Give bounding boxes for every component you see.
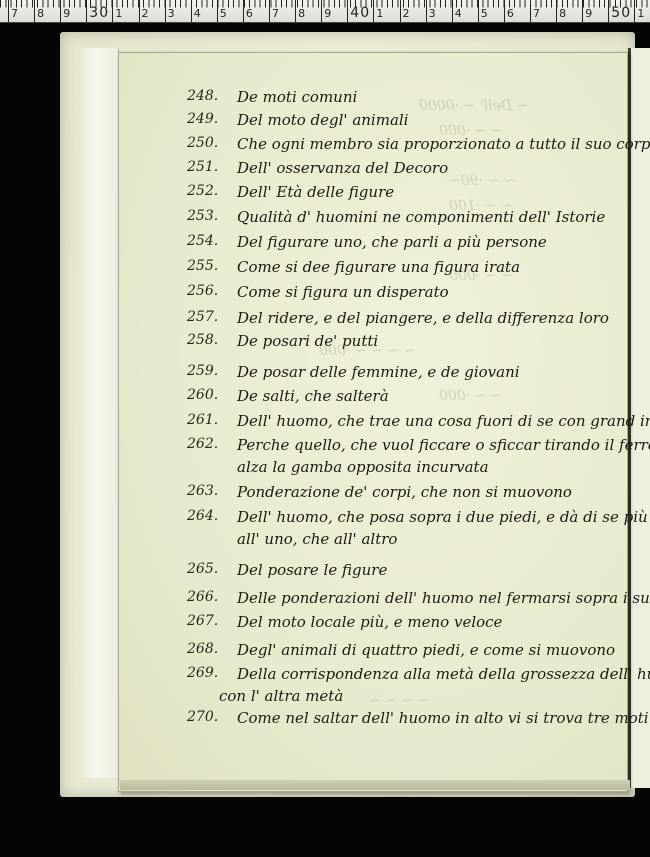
entry-number: 253.	[187, 208, 218, 224]
entry-title: Degl' animali di quattro piedi, e come s…	[237, 641, 615, 659]
ruler-major-tick	[504, 0, 505, 22]
entry-title: De posar delle femmine, e de giovani	[237, 363, 520, 381]
ruler-major-tick	[295, 0, 296, 22]
ruler-label: 5	[220, 7, 227, 20]
ruler-label: 30	[89, 5, 109, 21]
entry-title: Del moto degl' animali	[237, 111, 408, 129]
manuscript-page: ~ Dell' ~ ·0000 ~ ~ ·000 ~ ~ ·90~ ~ ~ ·1…	[118, 52, 628, 792]
entry-number: 258.	[187, 332, 218, 348]
ruler-major-tick	[426, 0, 427, 22]
page-bottom-edge	[120, 780, 630, 790]
ruler-label: 3	[429, 7, 436, 20]
ruler-major-tick	[112, 0, 113, 22]
entry-title: Del ridere, e del piangere, e della diff…	[237, 309, 609, 327]
entry-number: 269.	[187, 665, 218, 681]
entry-title: Dell' huomo, che posa sopra i due piedi,…	[237, 508, 650, 526]
ruler-major-tick	[60, 0, 61, 22]
entry-number: 260.	[187, 387, 218, 403]
entry-number: 263.	[187, 483, 218, 499]
ruler-major-tick	[34, 0, 35, 22]
entry-title: De moti comuni	[237, 88, 357, 106]
ruler-label: 2	[403, 7, 410, 20]
entry-number: 261.	[187, 412, 218, 428]
binding-strip	[80, 48, 119, 778]
entry-title: De posari de' putti	[237, 332, 378, 350]
entry-title: Del moto locale più, e meno veloce	[237, 613, 502, 631]
entry-title: Ponderazione de' corpi, che non si muovo…	[237, 483, 572, 501]
ruler-label: 9	[585, 7, 592, 20]
entry-number: 255.	[187, 258, 218, 274]
ruler-label: 50	[611, 5, 631, 21]
ruler-major-tick	[269, 0, 270, 22]
entry-title: De salti, che salterà	[237, 387, 389, 405]
entry-number: 264.	[187, 508, 218, 524]
ruler-label: 3	[168, 7, 175, 20]
ruler-major-tick	[8, 0, 9, 22]
entry-number: 254.	[187, 233, 218, 249]
entry-continuation: alza la gamba opposita incurvata	[237, 458, 489, 476]
entry-title: Come nel saltar dell' huomo in alto vi s…	[237, 709, 649, 727]
ruler-label: 1	[637, 7, 644, 20]
ruler-label: 8	[37, 7, 44, 20]
entry-title: Come si dee figurare una figura irata	[237, 258, 520, 276]
ruler-major-tick	[191, 0, 192, 22]
ruler-major-tick	[478, 0, 479, 22]
ruler-major-tick	[347, 0, 348, 22]
ruler-major-tick	[243, 0, 244, 22]
entry-number: 251.	[187, 159, 218, 175]
measuring-ruler: 7893012345678940123456789501	[0, 0, 650, 23]
entry-number: 267.	[187, 613, 218, 629]
entry-number: 270.	[187, 709, 218, 725]
ruler-label: 7	[11, 7, 18, 20]
entry-number: 265.	[187, 561, 218, 577]
entry-continuation: all' uno, che all' altro	[237, 530, 397, 548]
entry-title: Come si figura un disperato	[237, 283, 449, 301]
ruler-label: 6	[507, 7, 514, 20]
entry-number: 249.	[187, 111, 218, 127]
entry-number: 248.	[187, 88, 218, 104]
ruler-label: 9	[324, 7, 331, 20]
ruler-major-tick	[582, 0, 583, 22]
ruler-major-tick	[556, 0, 557, 22]
entry-continuation: con l' altra metà	[219, 687, 343, 705]
ruler-major-tick	[217, 0, 218, 22]
entry-number: 262.	[187, 436, 218, 452]
ruler-label: 4	[194, 7, 201, 20]
entry-title: Del posare le figure	[237, 561, 387, 579]
ruler-major-tick	[608, 0, 609, 22]
entry-title: Qualità d' huomini ne componimenti dell'…	[237, 208, 605, 226]
entry-number: 257.	[187, 309, 218, 325]
entry-number: 268.	[187, 641, 218, 657]
ruler-label: 7	[272, 7, 279, 20]
ruler-label: 1	[115, 7, 122, 20]
entry-title: Che ogni membro sia proporzionato a tutt…	[237, 135, 650, 153]
ruler-major-tick	[400, 0, 401, 22]
entry-title: Delle ponderazioni dell' huomo nel ferma…	[237, 589, 650, 607]
ruler-major-tick	[165, 0, 166, 22]
ruler-major-tick	[86, 0, 87, 22]
ruler-label: 2	[142, 7, 149, 20]
entry-title: Della corrispondenza alla metà della gro…	[237, 665, 650, 683]
ruler-major-tick	[373, 0, 374, 22]
ruler-label: 1	[376, 7, 383, 20]
ruler-major-tick	[634, 0, 635, 22]
entry-title: Dell' Età delle figure	[237, 183, 394, 201]
ruler-major-tick	[530, 0, 531, 22]
entry-title: Dell' osservanza del Decoro	[237, 159, 448, 177]
entry-number: 266.	[187, 589, 218, 605]
ruler-label: 4	[455, 7, 462, 20]
entry-title: Del figurare uno, che parli a più person…	[237, 233, 547, 251]
entry-number: 252.	[187, 183, 218, 199]
entry-title: Dell' huomo, che trae una cosa fuori di …	[237, 412, 650, 430]
entry-number: 256.	[187, 283, 218, 299]
ruler-label: 40	[350, 5, 370, 21]
ruler-major-tick	[139, 0, 140, 22]
entry-title: Perche quello, che vuol ficcare o sficca…	[237, 436, 650, 454]
ruler-major-tick	[452, 0, 453, 22]
ruler-major-tick	[321, 0, 322, 22]
ruler-label: 8	[559, 7, 566, 20]
entry-number: 259.	[187, 363, 218, 379]
ruler-label: 8	[298, 7, 305, 20]
ruler-label: 5	[481, 7, 488, 20]
index-entries: 248.De moti comuni249.Del moto degl' ani…	[119, 53, 627, 791]
ruler-label: 7	[533, 7, 540, 20]
ruler-label: 9	[63, 7, 70, 20]
ruler-label: 6	[246, 7, 253, 20]
entry-number: 250.	[187, 135, 218, 151]
